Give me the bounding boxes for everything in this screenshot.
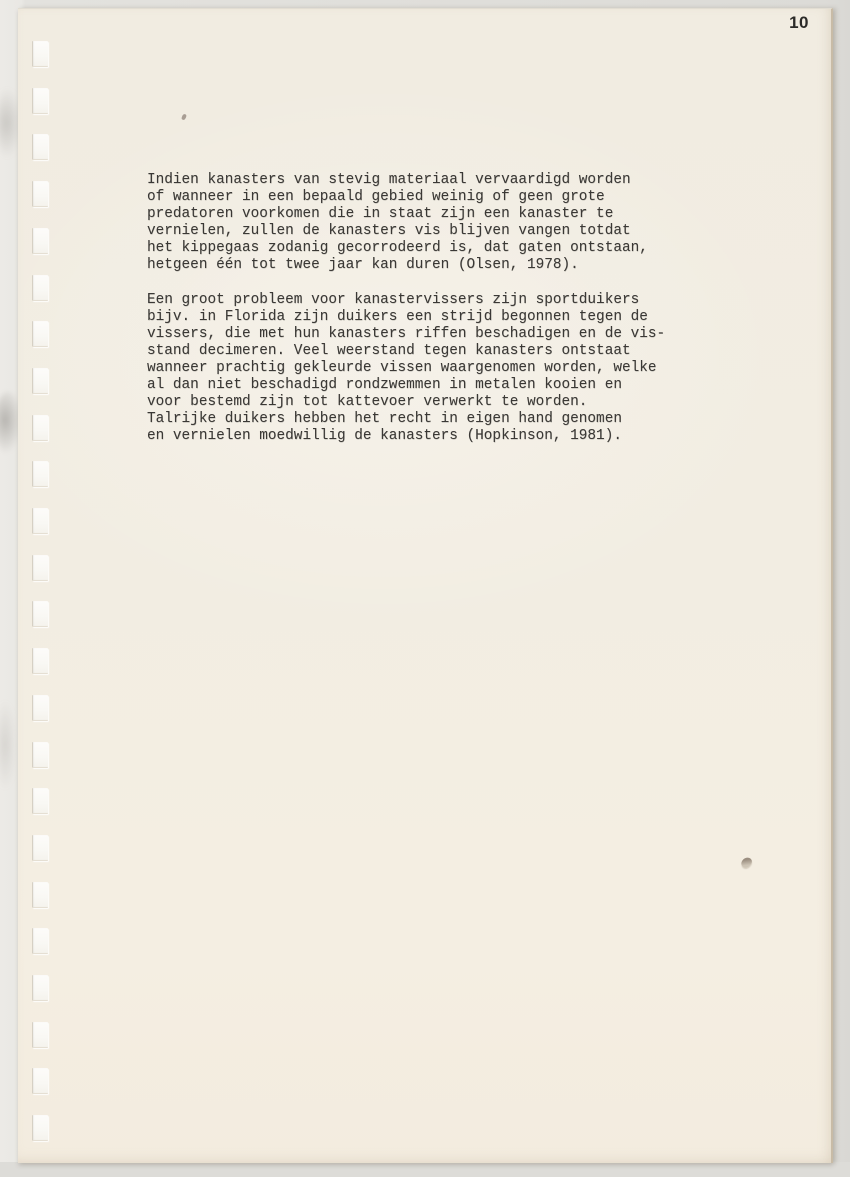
- paragraph: Een groot probleem voor kanastervissers …: [147, 292, 707, 446]
- binding-hole: [32, 415, 48, 441]
- binding-hole: [32, 928, 48, 954]
- binding-hole: [32, 1068, 48, 1094]
- paper-speck: [740, 855, 754, 869]
- binding-hole: [32, 601, 48, 627]
- body-text: Indien kanasters van stevig materiaal ve…: [147, 172, 707, 462]
- binding-hole: [32, 41, 48, 67]
- binding-hole: [32, 555, 48, 581]
- binding-hole: [32, 228, 48, 254]
- binding-hole: [32, 648, 48, 674]
- binding-hole: [32, 368, 48, 394]
- paper-sheet: 10 Indien kanasters van stevig materiaal…: [18, 8, 833, 1163]
- paragraph: Indien kanasters van stevig materiaal ve…: [147, 172, 707, 275]
- binding-hole: [32, 88, 48, 114]
- binding-hole: [32, 788, 48, 814]
- paper-speck: [181, 113, 187, 120]
- binding-hole: [32, 975, 48, 1001]
- binding-hole: [32, 742, 48, 768]
- binding-hole: [32, 461, 48, 487]
- binding-hole: [32, 882, 48, 908]
- binding-hole: [32, 835, 48, 861]
- binding-hole: [32, 275, 48, 301]
- binding-hole: [32, 321, 48, 347]
- binding-holes: [32, 9, 48, 1163]
- binding-hole: [32, 134, 48, 160]
- binding-hole: [32, 181, 48, 207]
- page-number: 10: [789, 13, 809, 33]
- binding-hole: [32, 695, 48, 721]
- binding-hole: [32, 508, 48, 534]
- scan-smudge: [0, 700, 16, 790]
- binding-hole: [32, 1022, 48, 1048]
- binding-hole: [32, 1115, 48, 1141]
